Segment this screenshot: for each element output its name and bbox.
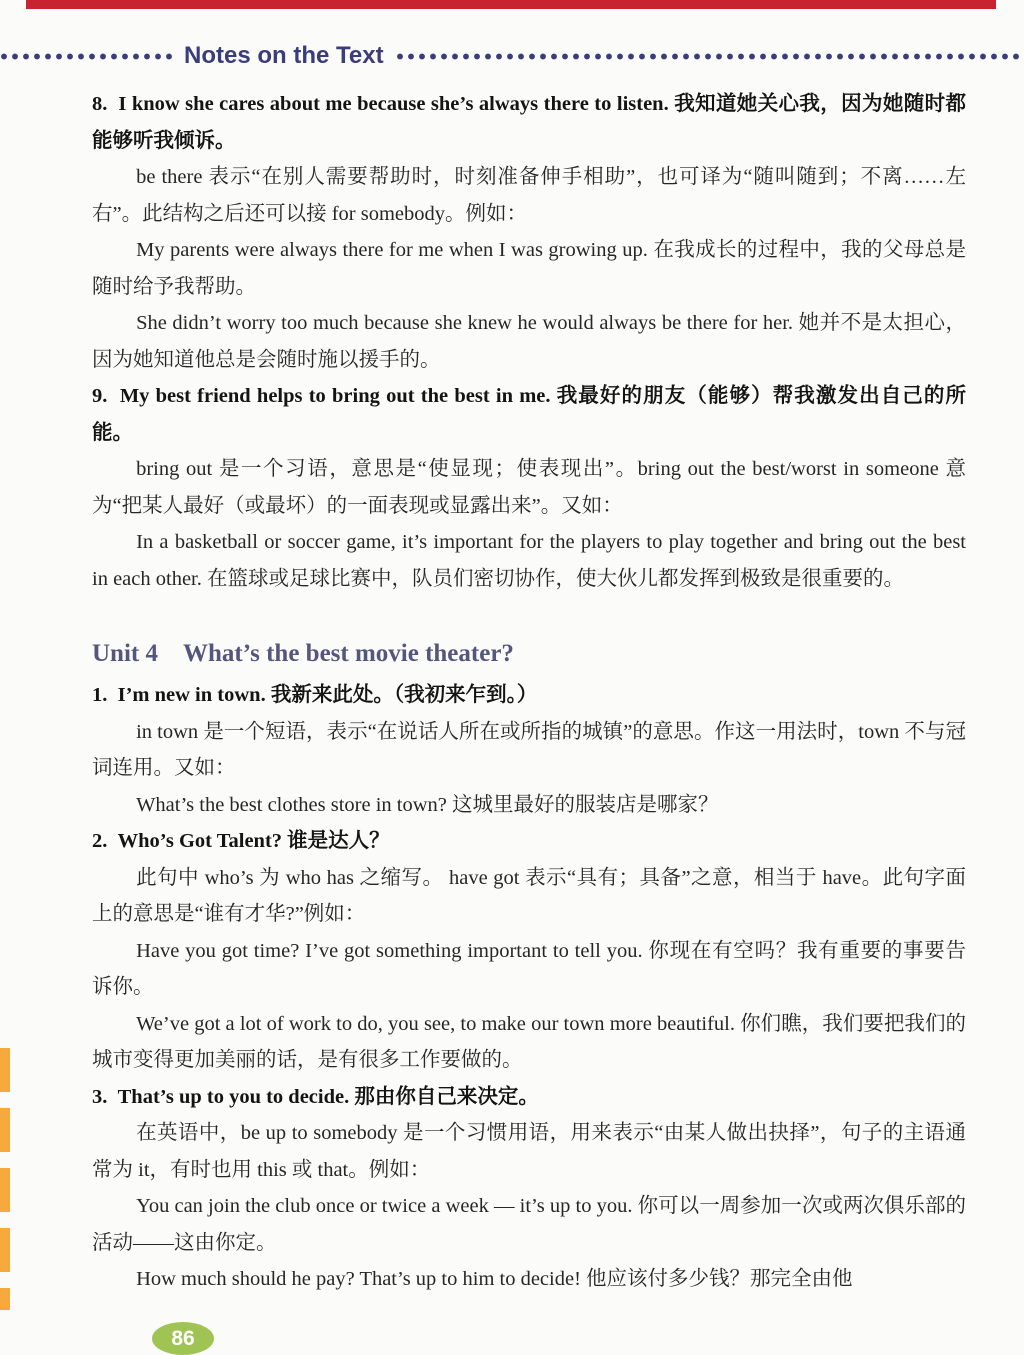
- dotted-leader-left: [0, 52, 172, 61]
- explanation-paragraph: 在英语中，be up to somebody 是一个习惯用语，用来表示“由某人做…: [92, 1115, 966, 1188]
- page-title: Notes on the Text: [172, 42, 396, 70]
- page-content: 8. I know she cares about me because she…: [92, 86, 966, 1298]
- example-paragraph: How much should he pay? That’s up to him…: [92, 1261, 966, 1298]
- example-paragraph: What’s the best clothes store in town? 这…: [92, 787, 966, 824]
- note-heading-3: 3. That’s up to you to decide. 那由你自己来决定。: [92, 1079, 966, 1116]
- explanation-paragraph: bring out 是一个习语，意思是“使显现；使表现出”。bring out …: [92, 451, 966, 524]
- example-paragraph: Have you got time? I’ve got something im…: [92, 933, 966, 1006]
- left-dashed-strip: [0, 1048, 10, 1310]
- dotted-leader-right: [396, 52, 1020, 61]
- note-heading-1: 1. I’m new in town. 我新来此处。（我初来乍到。）: [92, 677, 966, 714]
- example-paragraph: We’ve got a lot of work to do, you see, …: [92, 1006, 966, 1079]
- example-paragraph: In a basketball or soccer game, it’s imp…: [92, 524, 966, 597]
- explanation-paragraph: in town 是一个短语，表示“在说话人所在或所指的城镇”的意思。作这一用法时…: [92, 714, 966, 787]
- top-accent-bar: [26, 0, 996, 9]
- note-heading-9: 9. My best friend helps to bring out the…: [92, 378, 966, 451]
- page-number: 86: [171, 1327, 194, 1351]
- page-header: Notes on the Text: [0, 40, 1024, 72]
- note-heading-8: 8. I know she cares about me because she…: [92, 86, 966, 159]
- unit-heading: Unit 4 What’s the best movie theater?: [92, 637, 966, 671]
- example-paragraph: She didn’t worry too much because she kn…: [92, 305, 966, 378]
- explanation-paragraph: 此句中 who’s 为 who has 之缩写。 have got 表示“具有；…: [92, 860, 966, 933]
- note-heading-2: 2. Who’s Got Talent? 谁是达人？: [92, 823, 966, 860]
- example-paragraph: My parents were always there for me when…: [92, 232, 966, 305]
- example-paragraph: You can join the club once or twice a we…: [92, 1188, 966, 1261]
- page-number-badge: 86: [152, 1322, 214, 1355]
- explanation-paragraph: be there 表示“在别人需要帮助时，时刻准备伸手相助”，也可译为“随叫随到…: [92, 159, 966, 232]
